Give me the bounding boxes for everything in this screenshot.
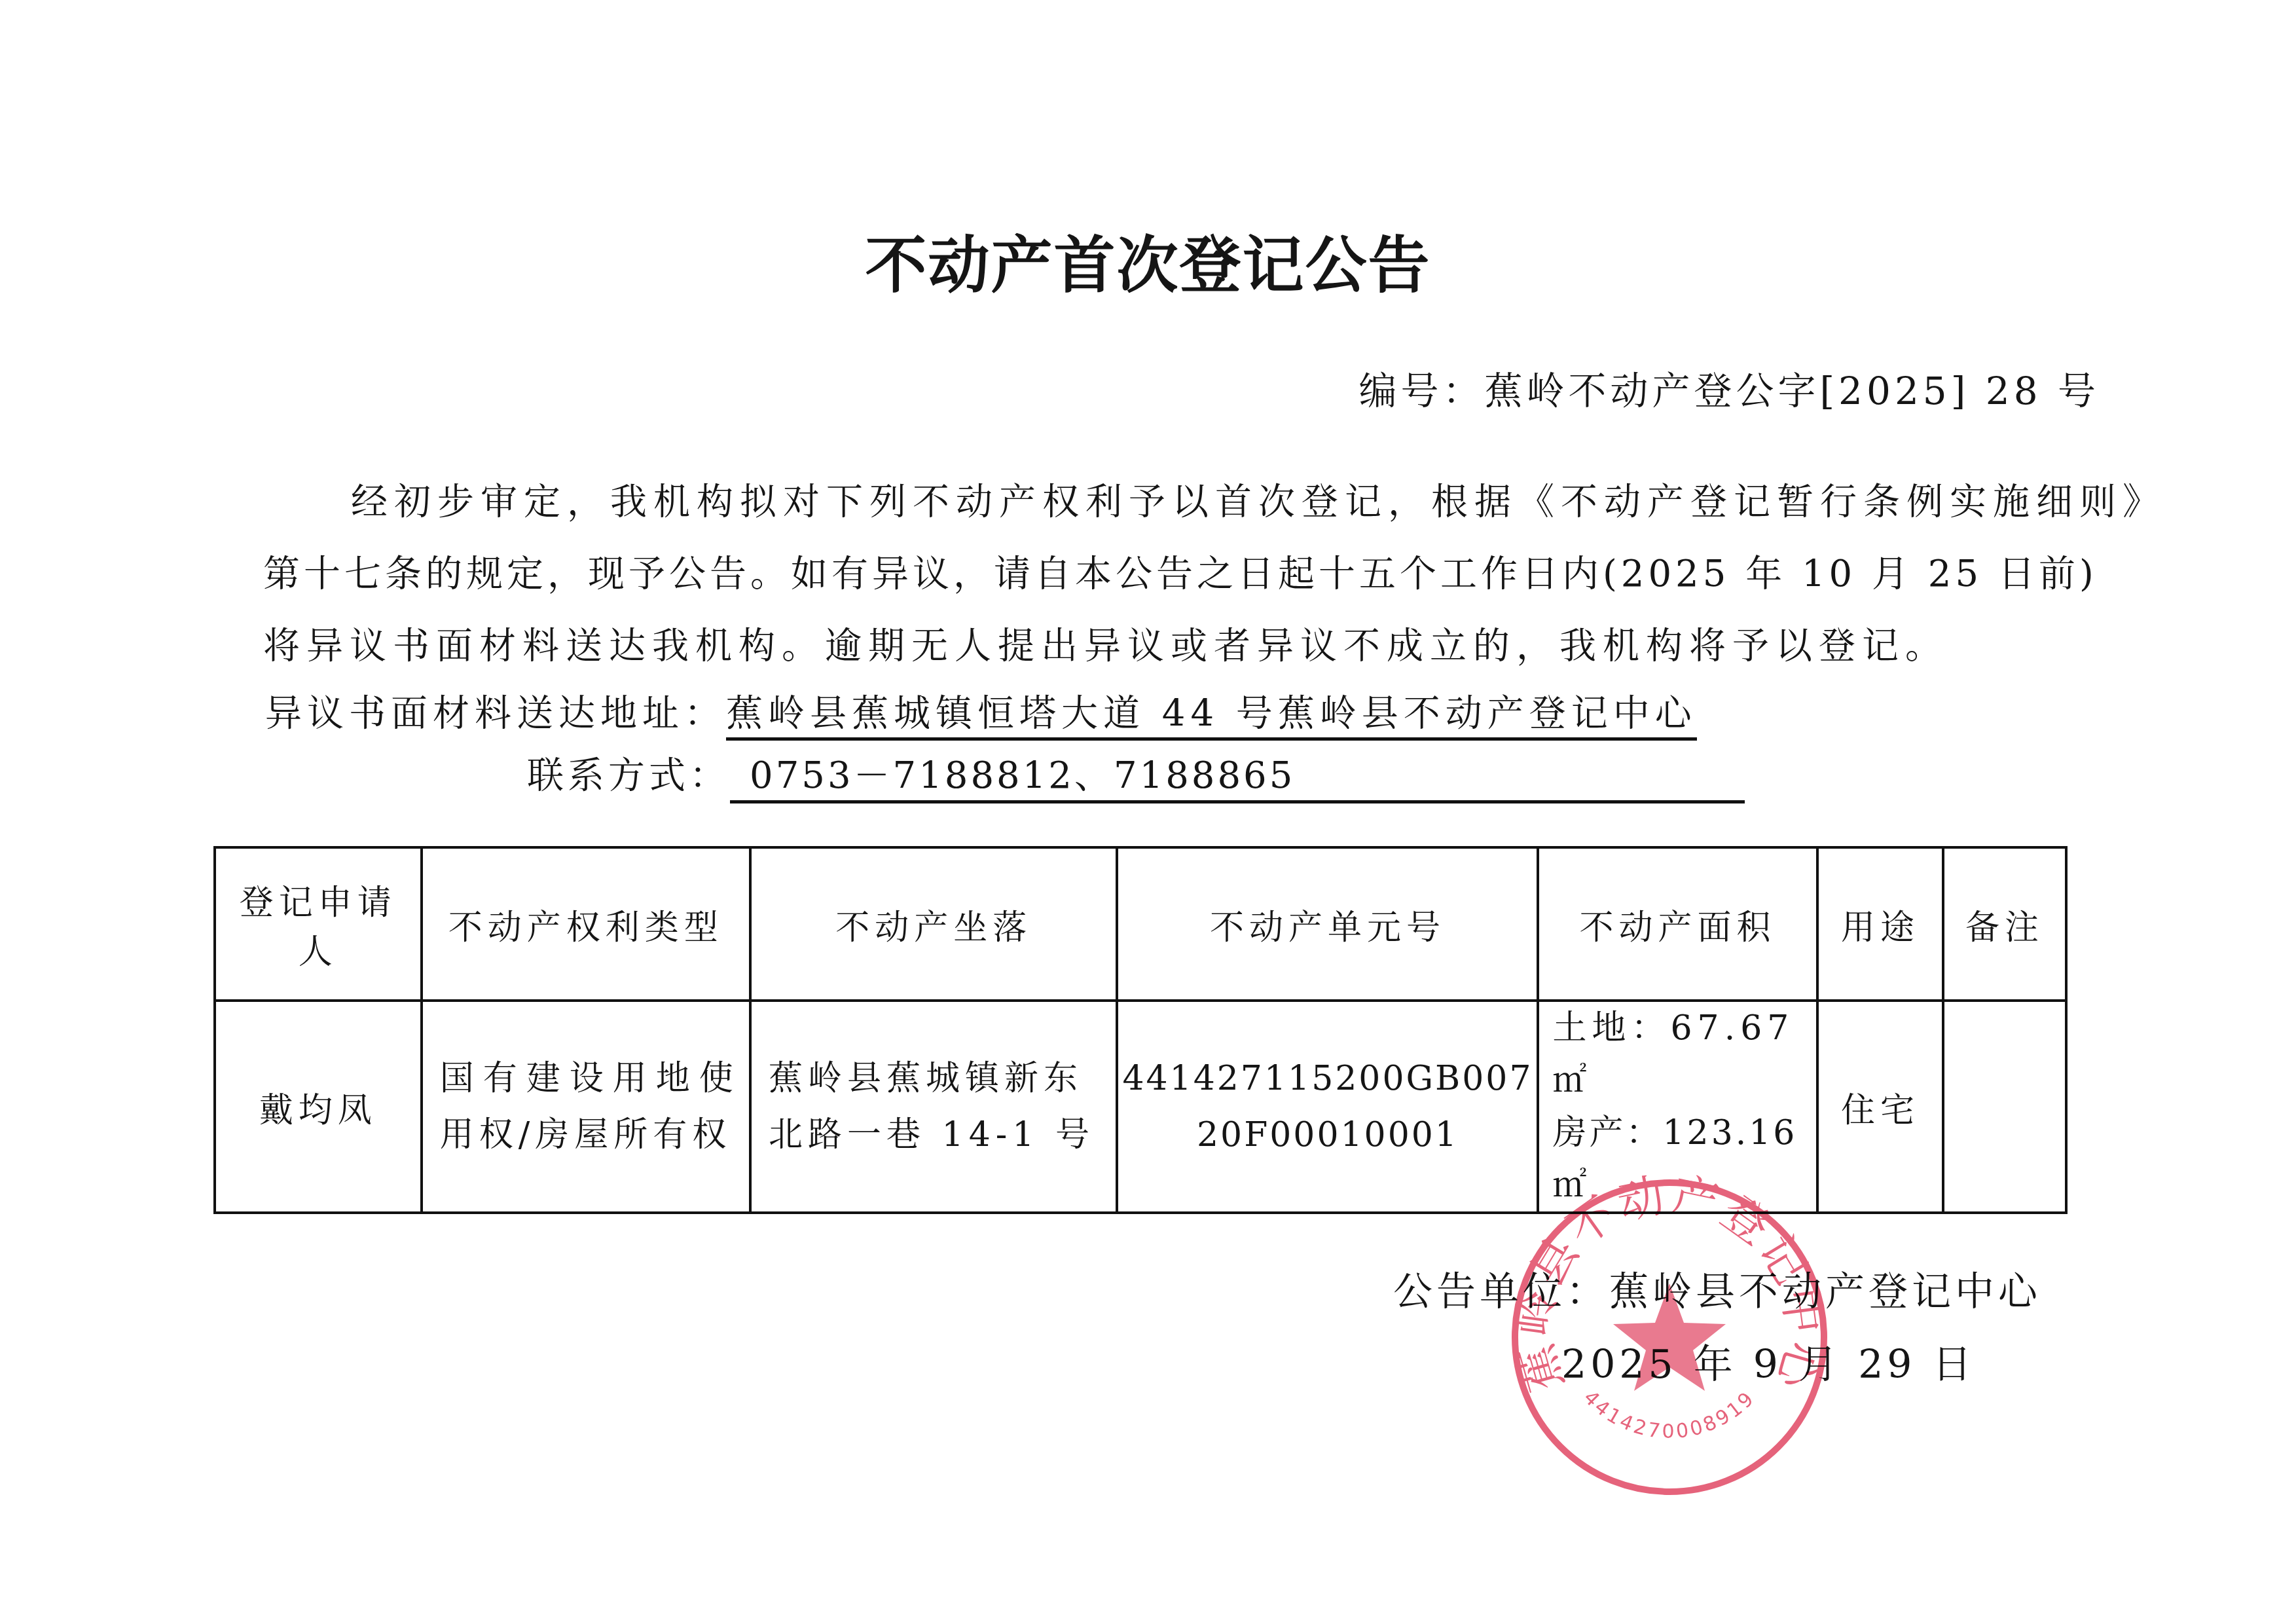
header-area: 不动产面积 [1538, 847, 1817, 1001]
address-value: 蕉岭县蕉城镇恒塔大道 44 号蕉岭县不动产登记中心 [726, 692, 1697, 741]
objection-address: 异议书面材料送达地址：蕉岭县蕉城镇恒塔大道 44 号蕉岭县不动产登记中心 [265, 684, 1697, 737]
paragraph-line: 将异议书面材料送达我机构。逾期无人提出异议或者异议不成立的，我机构将予以登记。 [175, 610, 2113, 682]
cell-location: 蕉岭县蕉城镇新东 北路一巷 14-1 号 [750, 1001, 1117, 1213]
unit-no-line: 441427115200GB007 [1122, 1050, 1533, 1107]
notice-paragraph: 经初步审定，我机构拟对下列不动产权利予以首次登记，根据《不动产登记暂行条例实施细… [175, 466, 2113, 682]
header-applicant: 登记申请人 [215, 847, 422, 1001]
svg-text:4414270008919: 4414270008919 [1579, 1386, 1760, 1443]
official-seal-icon: 蕉岭县不动产登记中心 4414270008919 [1506, 1173, 1833, 1501]
right-type-line: 用权/房屋所有权 [440, 1107, 745, 1163]
location-line: 蕉岭县蕉城镇新东 [769, 1050, 1112, 1107]
unit-no-line: 20F00010001 [1122, 1107, 1533, 1163]
seal-code: 4414270008919 [1579, 1386, 1760, 1443]
header-remark: 备注 [1943, 847, 2066, 1001]
area-land: 土地：67.67 ㎡ [1552, 1002, 1812, 1107]
contact-value: 0753－7188812、7188865 [730, 747, 1745, 803]
document-number: 编号：蕉岭不动产登公字[2025] 28 号 [1358, 360, 2100, 415]
document-number-label: 编号： [1358, 369, 1484, 413]
cell-applicant: 戴均凤 [215, 1001, 422, 1213]
paragraph-line: 经初步审定，我机构拟对下列不动产权利予以首次登记，根据《不动产登记暂行条例实施细… [175, 466, 2113, 538]
registration-table: 登记申请人 不动产权利类型 不动产坐落 不动产单元号 不动产面积 用途 备注 戴… [213, 846, 2068, 1214]
address-label: 异议书面材料送达地址： [265, 692, 726, 735]
cell-usage: 住宅 [1817, 1001, 1943, 1213]
header-unit-no: 不动产单元号 [1117, 847, 1538, 1001]
cell-remark [1943, 1001, 2066, 1213]
contact-info: 联系方式：0753－7188812、7188865 [527, 747, 1745, 803]
cell-unit-no: 441427115200GB007 20F00010001 [1117, 1001, 1538, 1213]
right-type-line: 国有建设用地使 [440, 1050, 745, 1107]
location-line: 北路一巷 14-1 号 [769, 1107, 1112, 1163]
cell-right-type: 国有建设用地使 用权/房屋所有权 [422, 1001, 750, 1213]
page-title: 不动产首次登记公告 [0, 216, 2296, 304]
header-usage: 用途 [1817, 847, 1943, 1001]
document-number-value: 蕉岭不动产登公字[2025] 28 号 [1484, 369, 2100, 413]
header-right-type: 不动产权利类型 [422, 847, 750, 1001]
table-header-row: 登记申请人 不动产权利类型 不动产坐落 不动产单元号 不动产面积 用途 备注 [215, 847, 2066, 1001]
header-location: 不动产坐落 [750, 847, 1117, 1001]
contact-label: 联系方式： [527, 754, 730, 797]
paragraph-line: 第十七条的规定，现予公告。如有异议，请自本公告之日起十五个工作日内(2025 年… [175, 538, 2113, 610]
